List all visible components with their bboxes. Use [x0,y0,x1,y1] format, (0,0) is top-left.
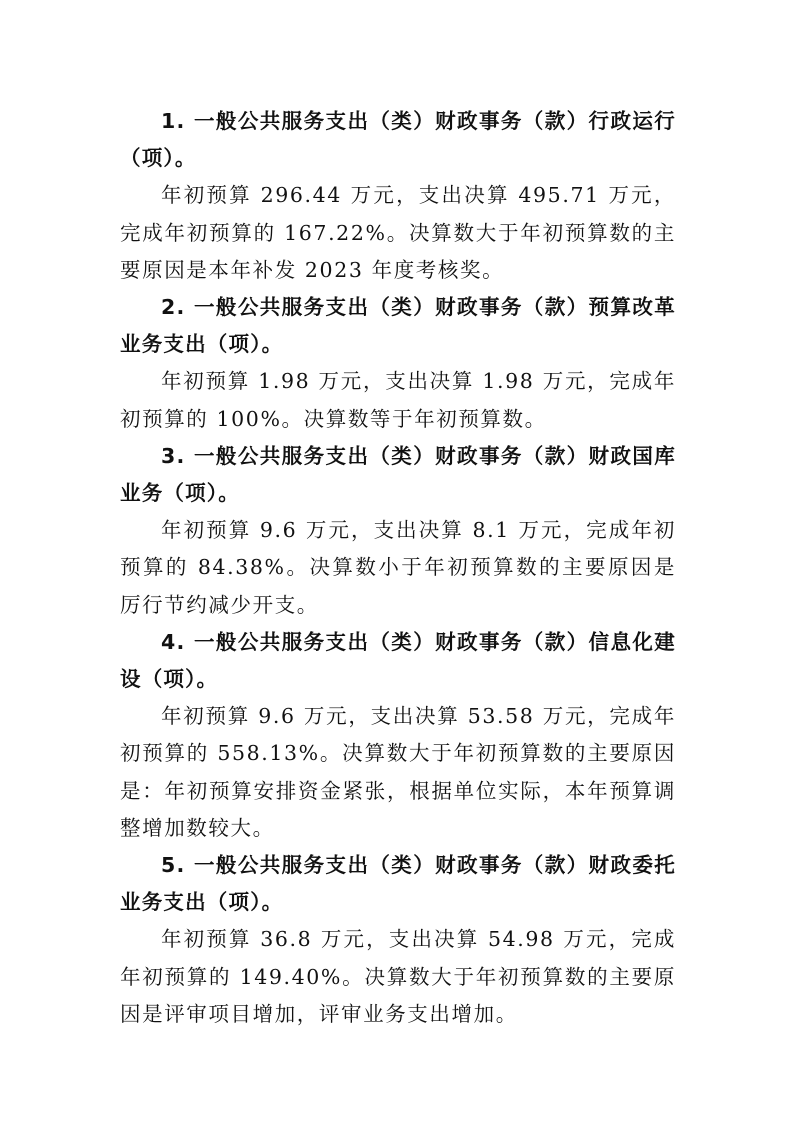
section-3: 3. 一般公共服务支出（类）财政事务（款）财政国库业务（项）。 年初预算 9.6… [120,438,676,624]
section-body: 年初预算 296.44 万元，支出决算 495.71 万元，完成年初预算的 16… [120,177,676,289]
section-1: 1. 一般公共服务支出（类）财政事务（款）行政运行（项）。 年初预算 296.4… [120,103,676,289]
section-heading: 4. 一般公共服务支出（类）财政事务（款）信息化建设（项）。 [120,624,676,698]
section-2: 2. 一般公共服务支出（类）财政事务（款）预算改革业务支出（项）。 年初预算 1… [120,289,676,438]
section-heading: 5. 一般公共服务支出（类）财政事务（款）财政委托业务支出（项）。 [120,847,676,921]
section-body: 年初预算 1.98 万元，支出决算 1.98 万元，完成年初预算的 100%。决… [120,363,676,437]
section-heading: 3. 一般公共服务支出（类）财政事务（款）财政国库业务（项）。 [120,438,676,512]
document-page: 1. 一般公共服务支出（类）财政事务（款）行政运行（项）。 年初预算 296.4… [120,103,676,1033]
section-5: 5. 一般公共服务支出（类）财政事务（款）财政委托业务支出（项）。 年初预算 3… [120,847,676,1033]
section-heading: 2. 一般公共服务支出（类）财政事务（款）预算改革业务支出（项）。 [120,289,676,363]
section-body: 年初预算 36.8 万元，支出决算 54.98 万元，完成年初预算的 149.4… [120,921,676,1033]
section-heading: 1. 一般公共服务支出（类）财政事务（款）行政运行（项）。 [120,103,676,177]
section-body: 年初预算 9.6 万元，支出决算 8.1 万元，完成年初预算的 84.38%。决… [120,512,676,624]
section-4: 4. 一般公共服务支出（类）财政事务（款）信息化建设（项）。 年初预算 9.6 … [120,624,676,847]
section-body: 年初预算 9.6 万元，支出决算 53.58 万元，完成年初预算的 558.13… [120,698,676,847]
